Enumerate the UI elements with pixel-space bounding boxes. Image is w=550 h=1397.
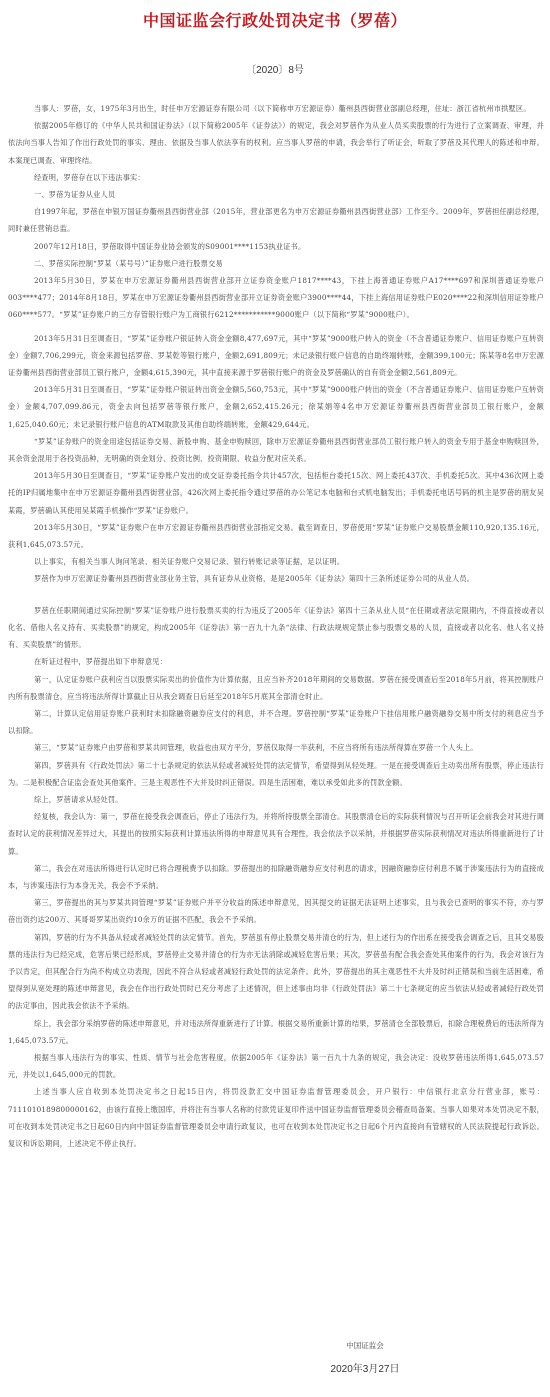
document-title: 中国证监会行政处罚决定书（罗蓓）	[0, 8, 550, 31]
paragraph: 2013年5月31日至调查日，“罗某”证券账户银证转出资金金额5,560,753…	[8, 381, 544, 433]
paragraph-party: 当事人：罗蓓，女，1975年3月出生，时任申万宏源证券有限公司（以下简称申万宏源…	[8, 100, 544, 117]
issue-date: 2020年3月27日	[320, 1360, 410, 1375]
paragraph: 2013年5月30日至调查日，“罗某”证券账户发出的成交证券委托指令共计457次…	[8, 467, 544, 519]
review-point-1: 经复核，我会认为：第一，罗蓓在接受我会调查后，停止了违法行为，并将所持股票全部清…	[8, 808, 544, 860]
paragraph: 2007年12月18日，罗蓓取得中国证券业协会颁发的S09001****1153…	[8, 238, 544, 255]
review-point-3: 第三，罗蓓提出的其与罗某共同管理“罗某”证券账户并平分收益的陈述申辩意见，因其提…	[8, 894, 544, 928]
paragraph-summary: 综上，我会部分采纳罗蓓的陈述申辩意见，并对违法所得重新进行了计算。根据交易所重新…	[8, 1015, 544, 1049]
paragraph: 2013年5月30日，罗某在申万宏源证券衢州县西街营业部开立证券资金账户1817…	[8, 272, 544, 324]
paragraph: 2013年5月30日，“罗某”证券账户在申万宏源证券衢州县西街营业部指定交易。截…	[8, 519, 544, 553]
defense-point-2: 第二，计算认定信用证券账户获利时未扣除融资融券应支付的利息，并不合理。罗蓓控制“…	[8, 705, 544, 739]
review-point-4: 第四，罗蓓的行为不具备从轻或者减轻处罚的法定情节。首先，罗蓓虽有停止股票交易并清…	[8, 929, 544, 1015]
paragraph: 2013年5月31日至调查日，“罗某”证券账户银证转入资金金额8,477,697…	[8, 330, 544, 382]
defense-point-4: 第四，罗蓓具有《行政处罚法》第二十七条规定的依法从轻或者减轻处罚的法定情节，希望…	[8, 757, 544, 791]
issuing-organization: 中国证监会	[335, 1340, 395, 1351]
paragraph: “罗某”证券账户的资金用途包括证券交易、新股申购、基金申购赎回，除申万宏源证券衢…	[8, 433, 544, 467]
paragraph-payment-instructions: 上述当事人应自收到本处罚决定书之日起15日内，将罚没款汇交中国证券监督管理委员会…	[8, 1083, 544, 1152]
paragraph-hearing-intro: 在听证过程中，罗蓓提出如下申辩意见：	[8, 653, 544, 670]
section-heading-1: 一、罗蓓为证券从业人员	[8, 186, 544, 203]
paragraph-evidence: 以上事实，有相关当事人询问笔录、相关证券账户交易记录、银行转账记录等证据，足以证…	[8, 553, 544, 570]
paragraph-decision: 根据当事人违法行为的事实、性质、情节与社会危害程度，依据2005年《证券法》第一…	[8, 1049, 544, 1083]
section-heading-2: 二、罗蓓实际控制“罗某（某号号）”证券账户进行股票交易	[8, 255, 544, 272]
paragraph-findings-intro: 经查明，罗蓓存在以下违法事实：	[8, 169, 544, 186]
paragraph: 自1997年起，罗蓓在申银万国证券衢州县西街营业部（2015年，营业部更名为申万…	[8, 203, 544, 237]
document-number: 〔2020〕8号	[0, 61, 550, 76]
paragraph-basis: 依据2005年修订的《中华人民共和国证券法》（以下简称2005年《证券法》）的规…	[8, 117, 544, 169]
paragraph: 罗蓓作为申万宏源证券衢州县西街营业部业务主管，具有证券从业资格，是是2005年《…	[8, 570, 544, 587]
document-body: 当事人：罗蓓，女，1975年3月出生，时任申万宏源证券有限公司（以下简称申万宏源…	[8, 100, 544, 1152]
defense-point-1: 第一，认定证券账户获利应当以股票实际卖出的价值作为计算依据，且应当补齐2018年…	[8, 671, 544, 705]
paragraph: 综上，罗蓓请求从轻处罚。	[8, 791, 544, 808]
review-point-2: 第二，我会在对违法所得进行认定时已将合理税费予以扣除。罗蓓提出的扣除融资融券应支…	[8, 860, 544, 894]
defense-point-3: 第三，“罗某”证券账户由罗蓓和罗某共同管理，收益也由双方平分，罗蓓仅取得一半获利…	[8, 739, 544, 756]
paragraph-violation: 罗蓓在任职期间通过实际控制“罗某”证券账户进行股票买卖的行为违反了2005年《证…	[8, 602, 544, 654]
